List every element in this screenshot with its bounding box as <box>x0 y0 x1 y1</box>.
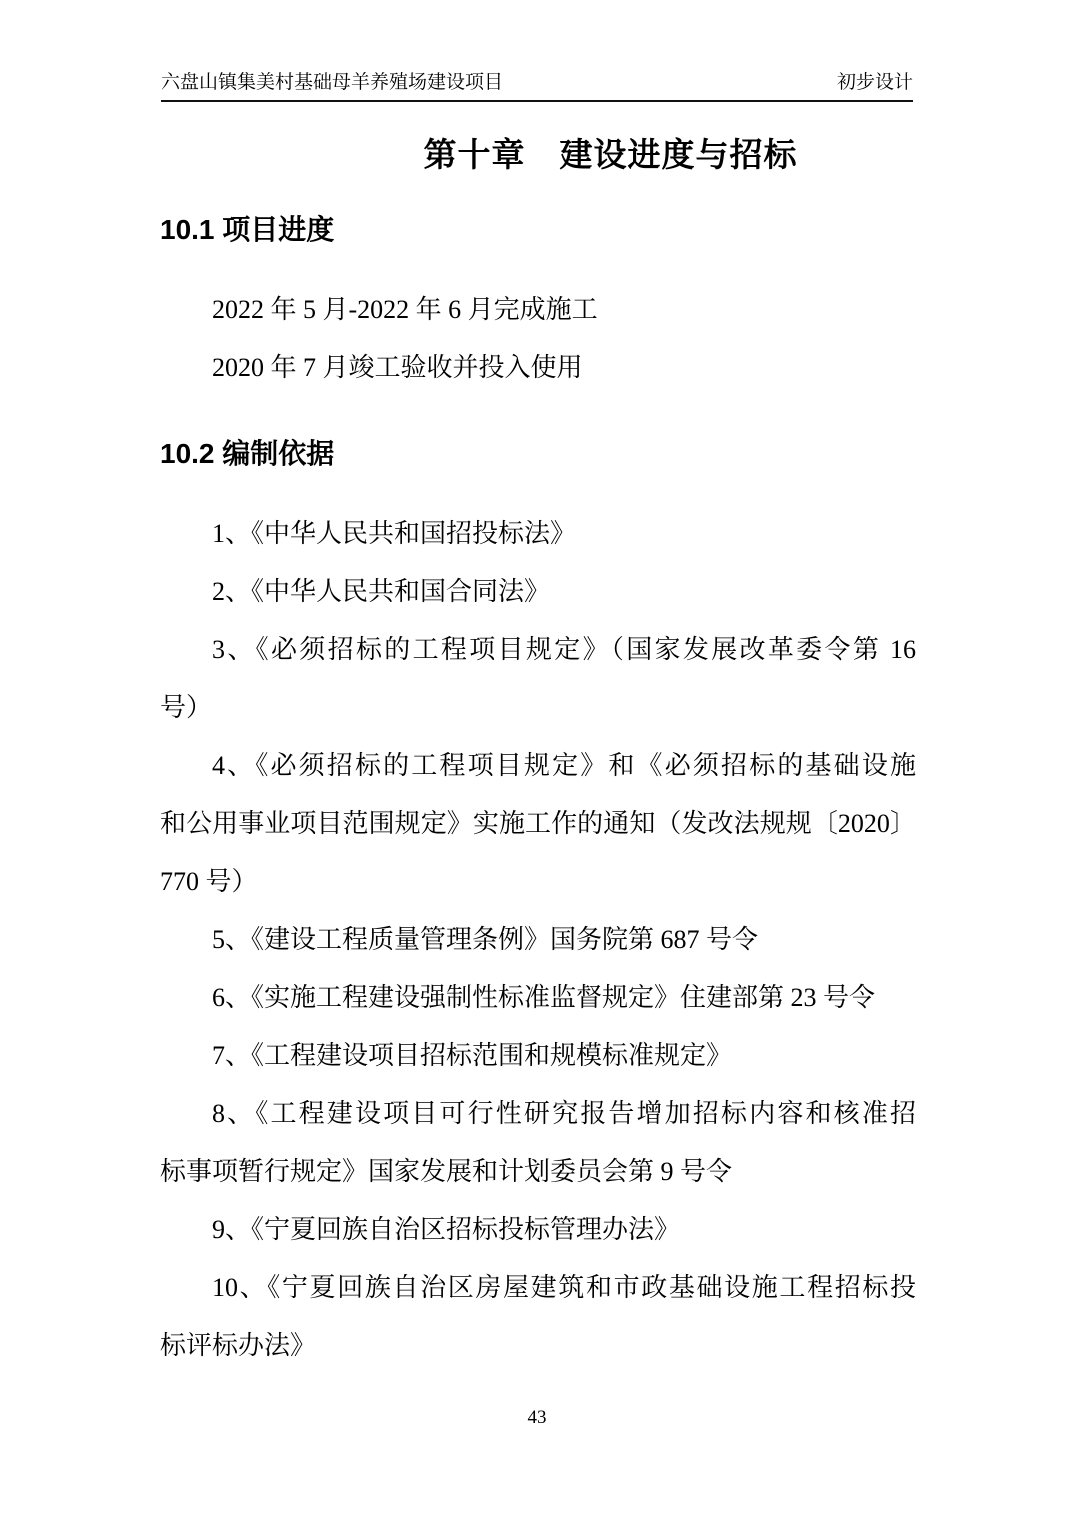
text-line: 标评标办法》 <box>160 1317 916 1375</box>
header-doc-type: 初步设计 <box>837 71 913 95</box>
paragraph: 8、《工程建设项目可行性研究报告增加招标内容和核准招标事项暂行规定》国家发展和计… <box>160 1085 916 1201</box>
text-line: 5、《建设工程质量管理条例》国务院第 687 号令 <box>160 911 916 969</box>
paragraph: 4、《必须招标的工程项目规定》和《必须招标的基础设施和公用事业项目范围规定》实施… <box>160 737 916 911</box>
text-line: 770 号） <box>160 853 916 911</box>
paragraph: 6、《实施工程建设强制性标准监督规定》住建部第 23 号令 <box>160 969 916 1027</box>
paragraph: 2020 年 7 月竣工验收并投入使用 <box>160 339 916 397</box>
text-line: 2020 年 7 月竣工验收并投入使用 <box>160 339 916 397</box>
text-line: 1、《中华人民共和国招投标法》 <box>160 505 916 563</box>
section-heading: 10.2 编制依据 <box>160 434 916 474</box>
section-heading: 10.1 项目进度 <box>160 210 916 250</box>
section-project-progress: 10.1 项目进度 2022 年 5 月-2022 年 6 月完成施工2020 … <box>160 210 916 397</box>
text-line: 4、《必须招标的工程项目规定》和《必须招标的基础设施 <box>160 737 916 795</box>
text-line: 3、《必须招标的工程项目规定》（国家发展改革委令第 16 <box>160 621 916 679</box>
text-line: 号） <box>160 679 916 737</box>
text-line: 和公用事业项目范围规定》实施工作的通知（发改法规规〔2020〕 <box>160 795 916 853</box>
section-body: 2022 年 5 月-2022 年 6 月完成施工2020 年 7 月竣工验收并… <box>160 281 916 397</box>
text-line: 9、《宁夏回族自治区招标投标管理办法》 <box>160 1201 916 1259</box>
page-number: 43 <box>0 1406 1074 1430</box>
paragraph: 10、《宁夏回族自治区房屋建筑和市政基础设施工程招标投标评标办法》 <box>160 1259 916 1375</box>
text-line: 10、《宁夏回族自治区房屋建筑和市政基础设施工程招标投 <box>160 1259 916 1317</box>
chapter-title: 第十章 建设进度与招标 <box>160 133 913 177</box>
paragraph: 9、《宁夏回族自治区招标投标管理办法》 <box>160 1201 916 1259</box>
text-line: 6、《实施工程建设强制性标准监督规定》住建部第 23 号令 <box>160 969 916 1027</box>
paragraph: 2022 年 5 月-2022 年 6 月完成施工 <box>160 281 916 339</box>
header-project-title: 六盘山镇集美村基础母羊养殖场建设项目 <box>161 71 503 95</box>
paragraph: 3、《必须招标的工程项目规定》（国家发展改革委令第 16号） <box>160 621 916 737</box>
document-page: 六盘山镇集美村基础母羊养殖场建设项目 初步设计 第十章 建设进度与招标 10.1… <box>0 0 1074 1520</box>
paragraph: 5、《建设工程质量管理条例》国务院第 687 号令 <box>160 911 916 969</box>
section-compilation-basis: 10.2 编制依据 1、《中华人民共和国招投标法》2、《中华人民共和国合同法》3… <box>160 434 916 1375</box>
text-line: 2、《中华人民共和国合同法》 <box>160 563 916 621</box>
text-line: 2022 年 5 月-2022 年 6 月完成施工 <box>160 281 916 339</box>
text-line: 标事项暂行规定》国家发展和计划委员会第 9 号令 <box>160 1143 916 1201</box>
paragraph: 2、《中华人民共和国合同法》 <box>160 563 916 621</box>
paragraph: 1、《中华人民共和国招投标法》 <box>160 505 916 563</box>
page-header: 六盘山镇集美村基础母羊养殖场建设项目 初步设计 <box>161 71 913 102</box>
section-body: 1、《中华人民共和国招投标法》2、《中华人民共和国合同法》3、《必须招标的工程项… <box>160 505 916 1375</box>
text-line: 8、《工程建设项目可行性研究报告增加招标内容和核准招 <box>160 1085 916 1143</box>
text-line: 7、《工程建设项目招标范围和规模标准规定》 <box>160 1027 916 1085</box>
paragraph: 7、《工程建设项目招标范围和规模标准规定》 <box>160 1027 916 1085</box>
